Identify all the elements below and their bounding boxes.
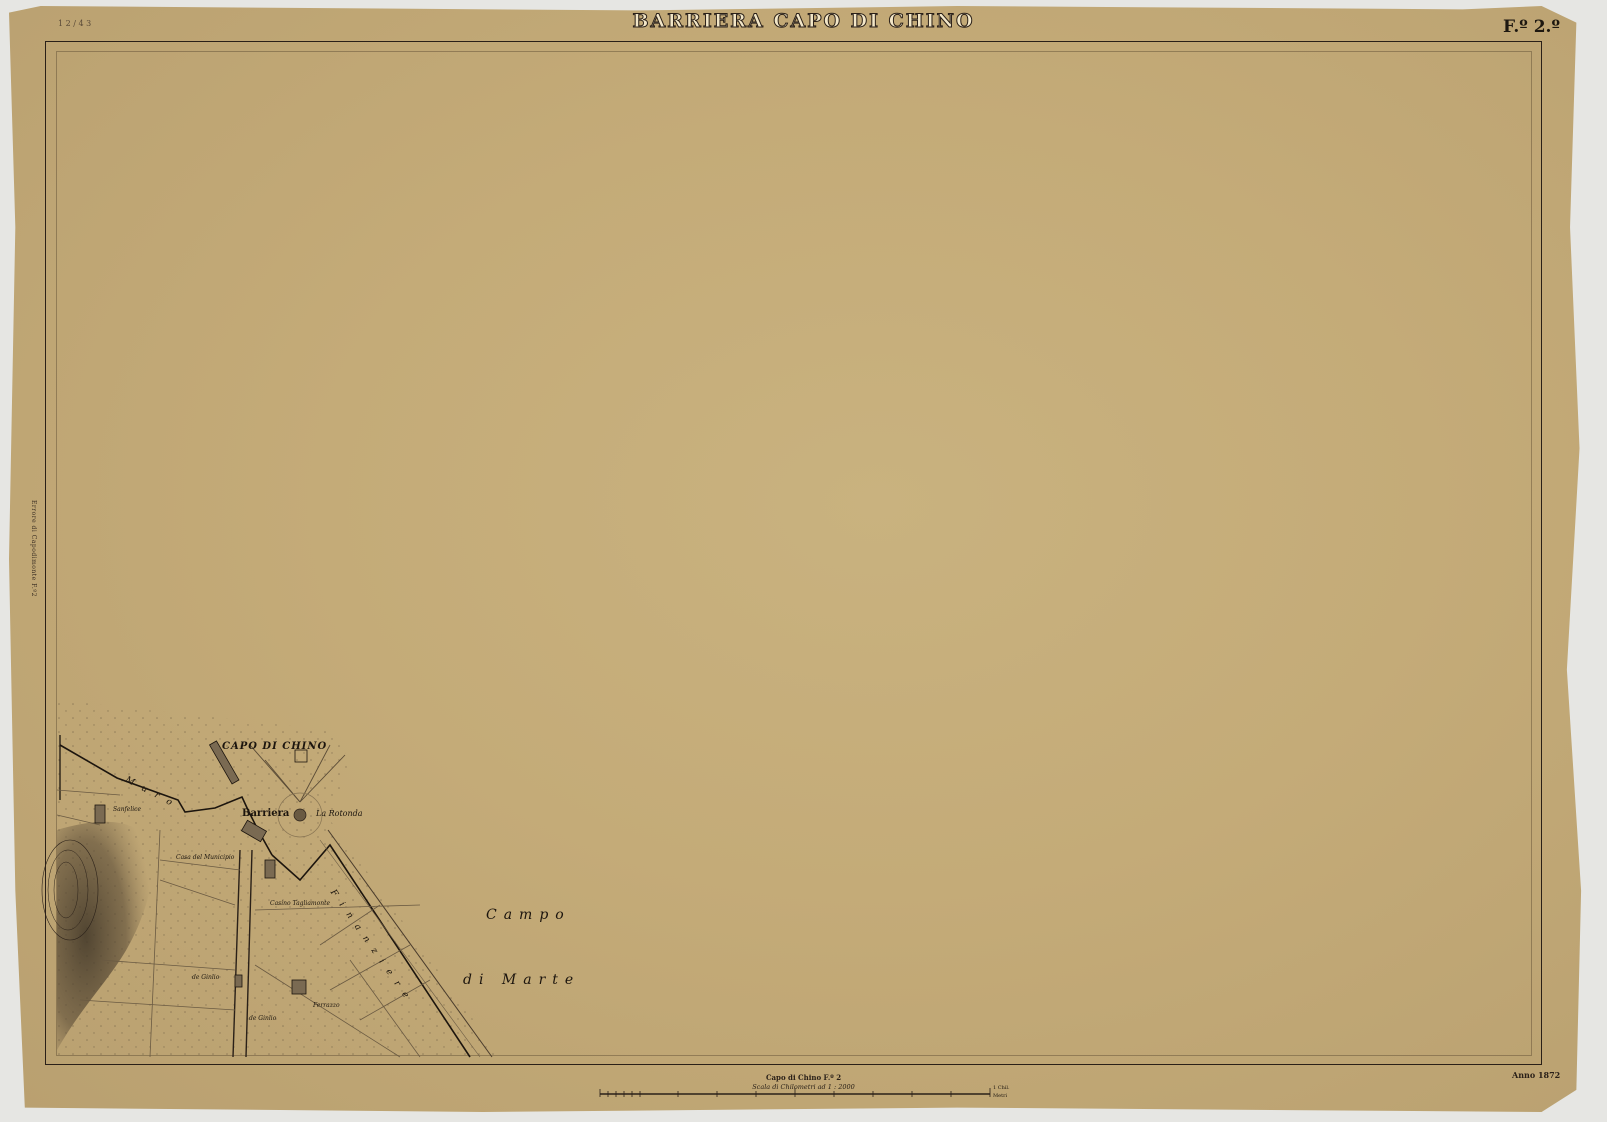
map-drawing: [0, 0, 1607, 1122]
footer-sheet-name: Capo di Chino F.º 2: [0, 1073, 1607, 1082]
label-campo: Campo: [486, 907, 571, 923]
label-la-rotonda: La Rotonda: [316, 809, 363, 818]
label-casino-tagliamonte: Casino Tagliamonte: [270, 900, 330, 907]
footer-scale-text: Scala di Chilometri ad 1 : 2000: [0, 1083, 1607, 1091]
footer-caption: Capo di Chino F.º 2 Scala di Chilometri …: [0, 1073, 1607, 1091]
footer-year: Anno 1872: [1512, 1070, 1560, 1080]
label-capo-di-chino: CAPO DI CHINO: [222, 741, 327, 752]
label-de-ginlio-1: de Ginlio: [192, 974, 219, 981]
label-di-marte: di Marte: [463, 972, 580, 988]
label-casa-del-municipio: Casa del Municipio: [176, 854, 234, 861]
scale-end-label-top: 1 Chil.: [993, 1085, 1010, 1091]
label-barriera: Barriera: [242, 808, 289, 819]
scale-end-label-bottom: Metri: [993, 1093, 1007, 1099]
label-ferrazzo: Ferrazzo: [313, 1002, 340, 1009]
label-de-ginlio-2: de Ginlio: [249, 1015, 276, 1022]
label-sanfelice: Sanfelice: [113, 806, 141, 813]
